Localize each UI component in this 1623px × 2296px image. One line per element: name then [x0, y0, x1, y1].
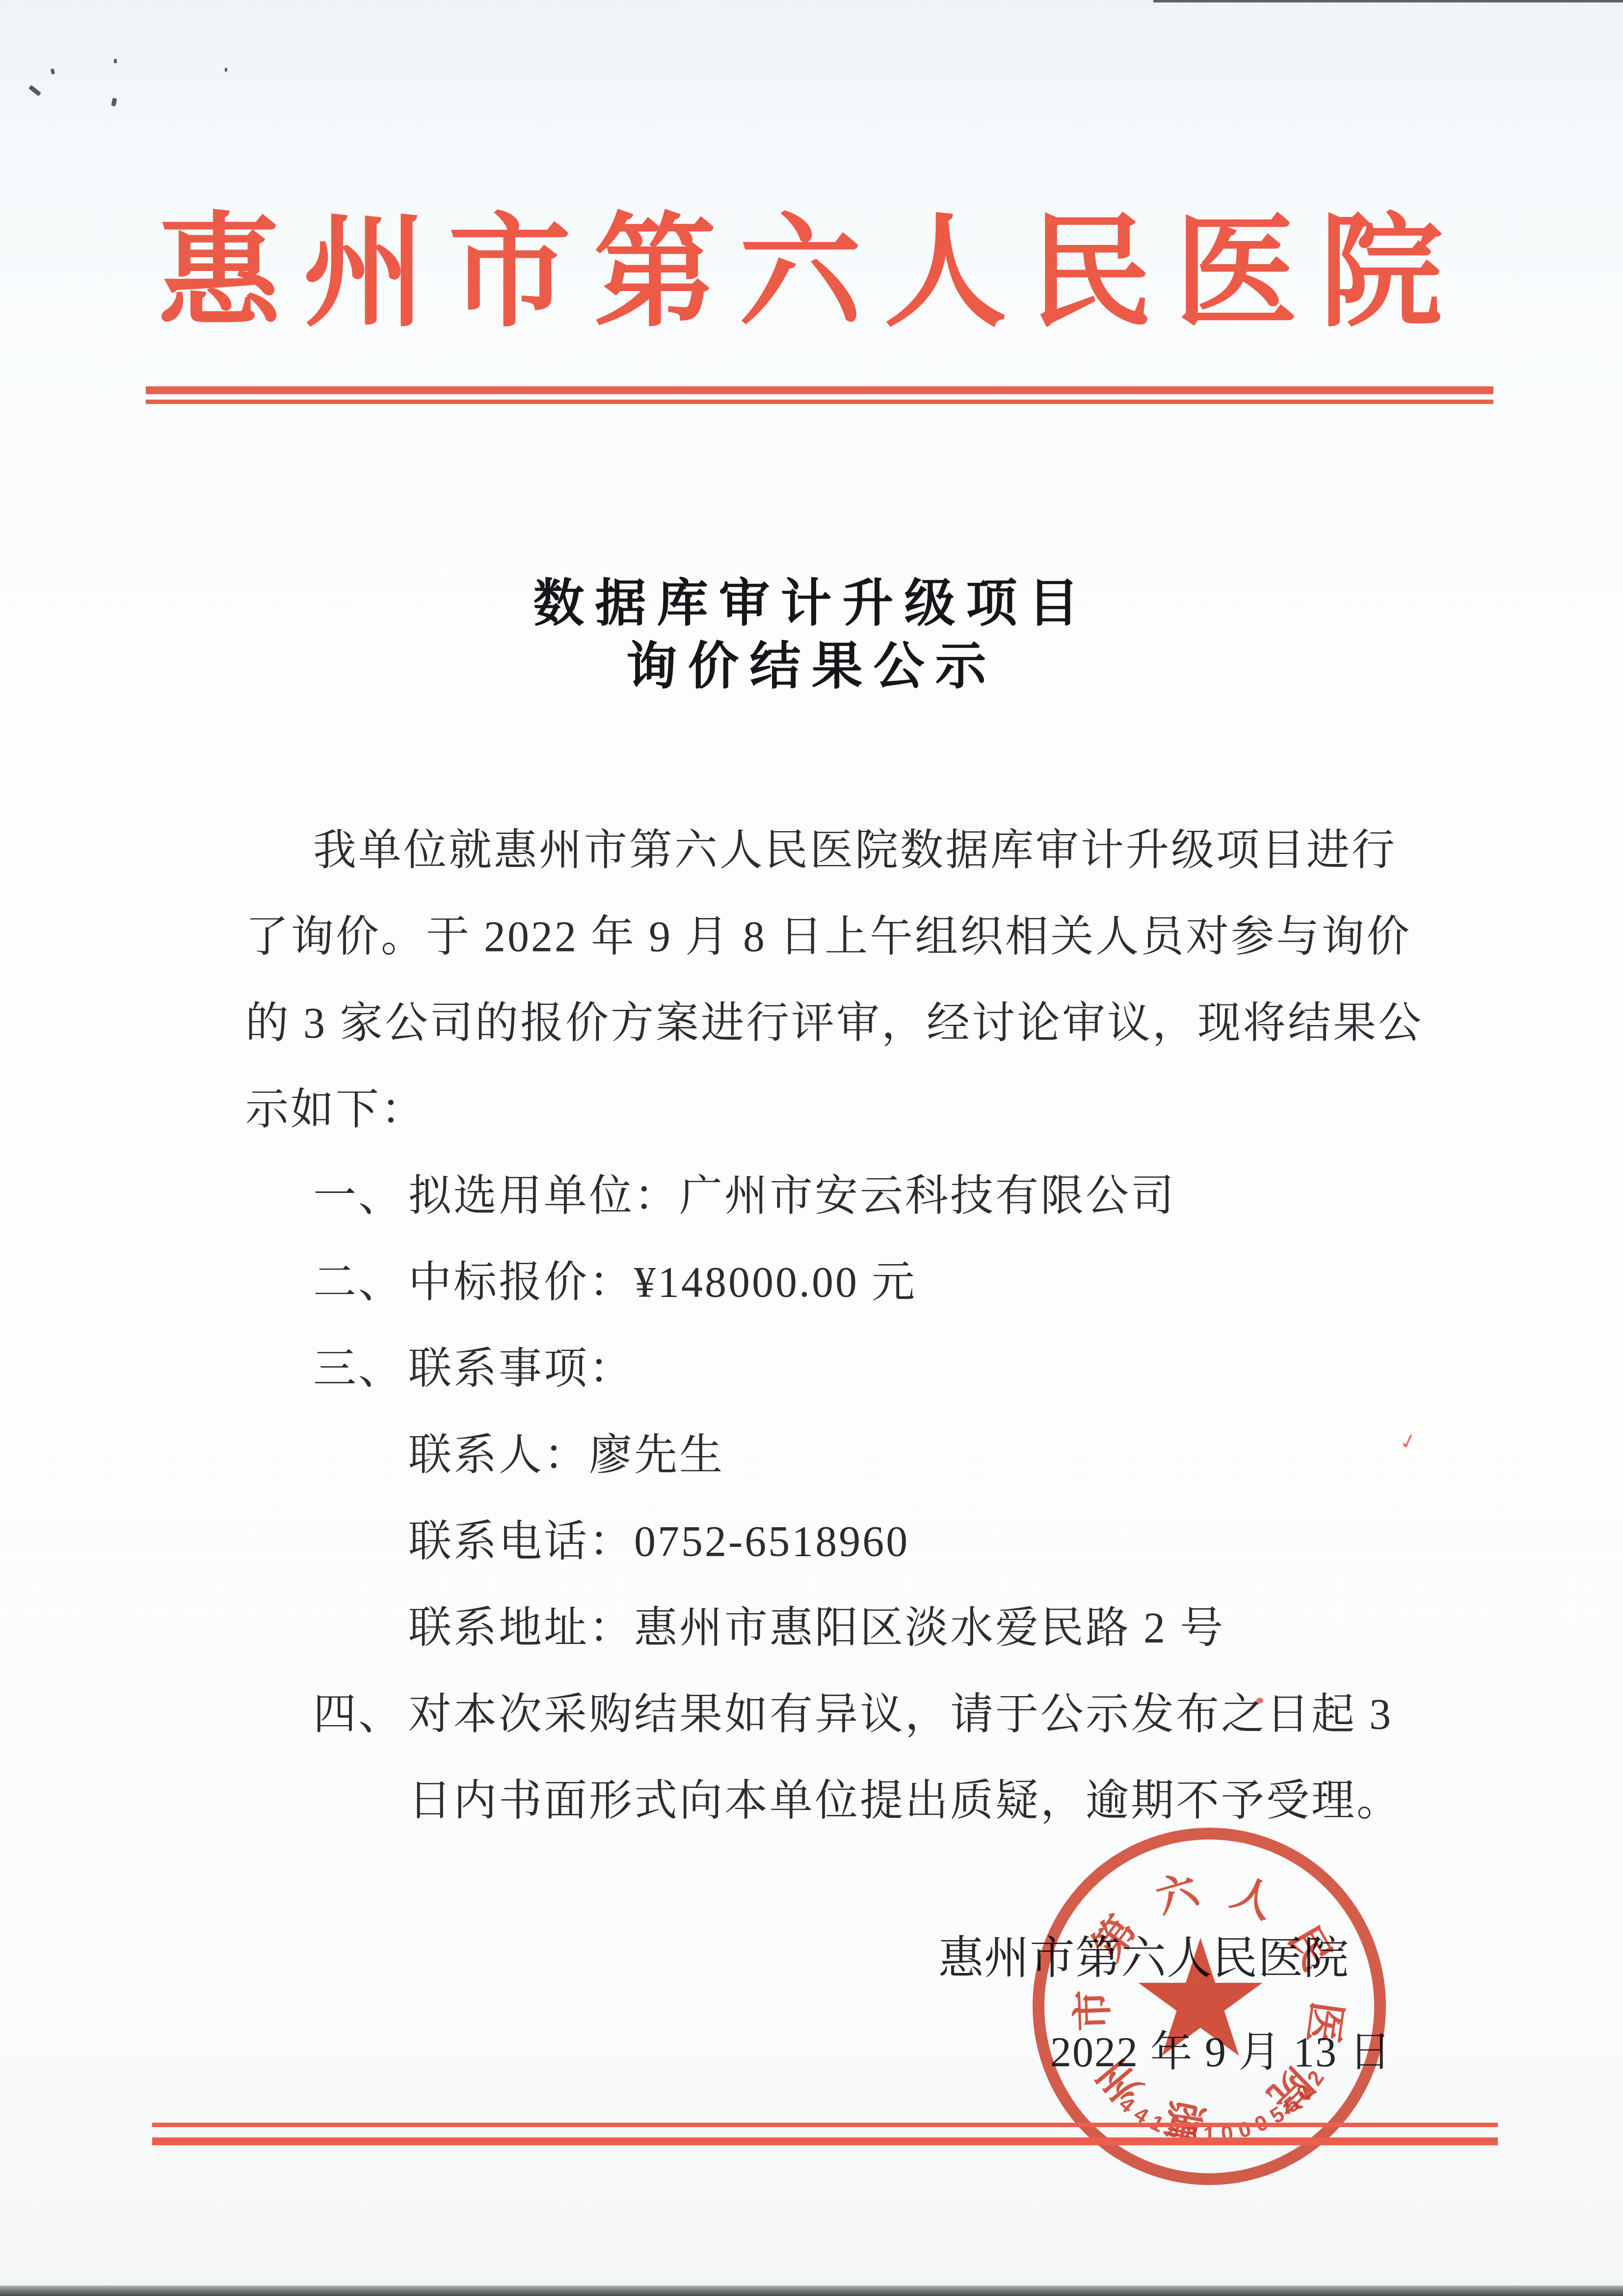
list-item-marker: 三、	[313, 1326, 408, 1412]
scan-edge-bottom	[0, 2285, 1623, 2296]
scan-speck	[111, 98, 117, 107]
document-title: 数据库审计升级项目 询价结果公示	[0, 572, 1623, 698]
letterhead-rule-thick	[146, 386, 1493, 394]
document-line-text: 中标报价：¥148000.00 元	[408, 1259, 917, 1306]
seal-ring-character: 人	[1226, 1871, 1279, 1925]
document-line: 的 3 家公司的报价方案进行评审，经讨论审议，现将结果公	[245, 980, 1418, 1067]
document-body: 我单位就惠州市第六人民医院数据库审计升级项目进行了询价。于 2022 年 9 月…	[245, 808, 1418, 1844]
document-title-line-2: 询价结果公示	[0, 635, 1623, 698]
document-line-text: 联系人：廖先生	[408, 1432, 724, 1479]
document-line-text: 对本次采购结果如有异议，请于公示发布之日起 3	[408, 1691, 1393, 1738]
footer-rule-thin	[152, 2123, 1498, 2127]
document-line-text: 示如下：	[245, 1086, 426, 1134]
list-item-marker: 一、	[313, 1153, 408, 1240]
scanned-document-page: 惠州市第六人民医院 数据库审计升级项目 询价结果公示 我单位就惠州市第六人民医院…	[0, 0, 1623, 2296]
document-line: 四、对本次采购结果如有异议，请于公示发布之日起 3	[245, 1672, 1418, 1758]
scan-speck	[114, 59, 117, 63]
document-line-text: 联系地址：惠州市惠阳区淡水爱民路 2 号	[408, 1604, 1225, 1652]
document-line: 我单位就惠州市第六人民医院数据库审计升级项目进行	[245, 808, 1418, 894]
document-line: 二、中标报价：¥148000.00 元	[245, 1240, 1418, 1326]
document-line-text: 日内书面形式向本单位提出质疑，逾期不予受理。	[408, 1777, 1402, 1825]
seal-ring-character: 市	[1071, 1989, 1114, 2032]
document-line: 联系地址：惠州市惠阳区淡水爱民路 2 号	[245, 1585, 1418, 1672]
signature-date: 2022 年 9 月 13 日	[1050, 2026, 1392, 2078]
document-line: 了询价。于 2022 年 9 月 8 日上午组织相关人员对参与询价	[245, 894, 1418, 980]
document-line-text: 拟选用单位：广州市安云科技有限公司	[408, 1172, 1176, 1220]
document-line: 示如下：	[245, 1067, 1418, 1153]
document-line: 联系人：廖先生	[245, 1412, 1418, 1499]
scan-edge-top	[1153, 0, 1623, 2]
document-line: 一、拟选用单位：广州市安云科技有限公司	[245, 1153, 1418, 1240]
list-item-marker: 二、	[313, 1240, 408, 1326]
scan-speck	[225, 68, 227, 72]
document-line: 联系电话：0752-6518960	[245, 1499, 1418, 1585]
document-line-text: 的 3 家公司的报价方案进行评审，经讨论审议，现将结果公	[245, 999, 1423, 1047]
official-seal-stamp: ★ 惠州市第六人民医院4413810005502	[1033, 1828, 1386, 2185]
seal-ring-character: 六	[1151, 1868, 1202, 1919]
letterhead-rule-thin	[146, 400, 1493, 404]
document-line-text: 我单位就惠州市第六人民医院数据库审计升级项目进行	[313, 827, 1397, 874]
red-ink-dot	[1256, 1698, 1263, 1703]
scan-speck	[28, 85, 41, 96]
document-line: 三、联系事项：	[245, 1326, 1418, 1412]
seal-serial-digit: 4	[1115, 2093, 1138, 2117]
list-item-marker: 四、	[313, 1672, 408, 1758]
footer-rule-thick	[152, 2137, 1498, 2145]
document-line-text: 了询价。于 2022 年 9 月 8 日上午组织相关人员对参与询价	[245, 913, 1411, 961]
document-line: 日内书面形式向本单位提出质疑，逾期不予受理。	[245, 1758, 1418, 1844]
document-title-line-1: 数据库审计升级项目	[0, 572, 1623, 635]
signature-organization: 惠州市第六人民医院	[938, 1931, 1349, 1985]
document-line-text: 联系事项：	[408, 1345, 634, 1393]
seal-serial-digit: 5	[1280, 2093, 1304, 2117]
seal-serial-digit: 0	[1293, 2080, 1317, 2104]
letterhead-hospital-name: 惠州市第六人民医院	[0, 200, 1623, 348]
document-line-text: 联系电话：0752-6518960	[408, 1518, 909, 1566]
scan-speck	[51, 68, 55, 74]
